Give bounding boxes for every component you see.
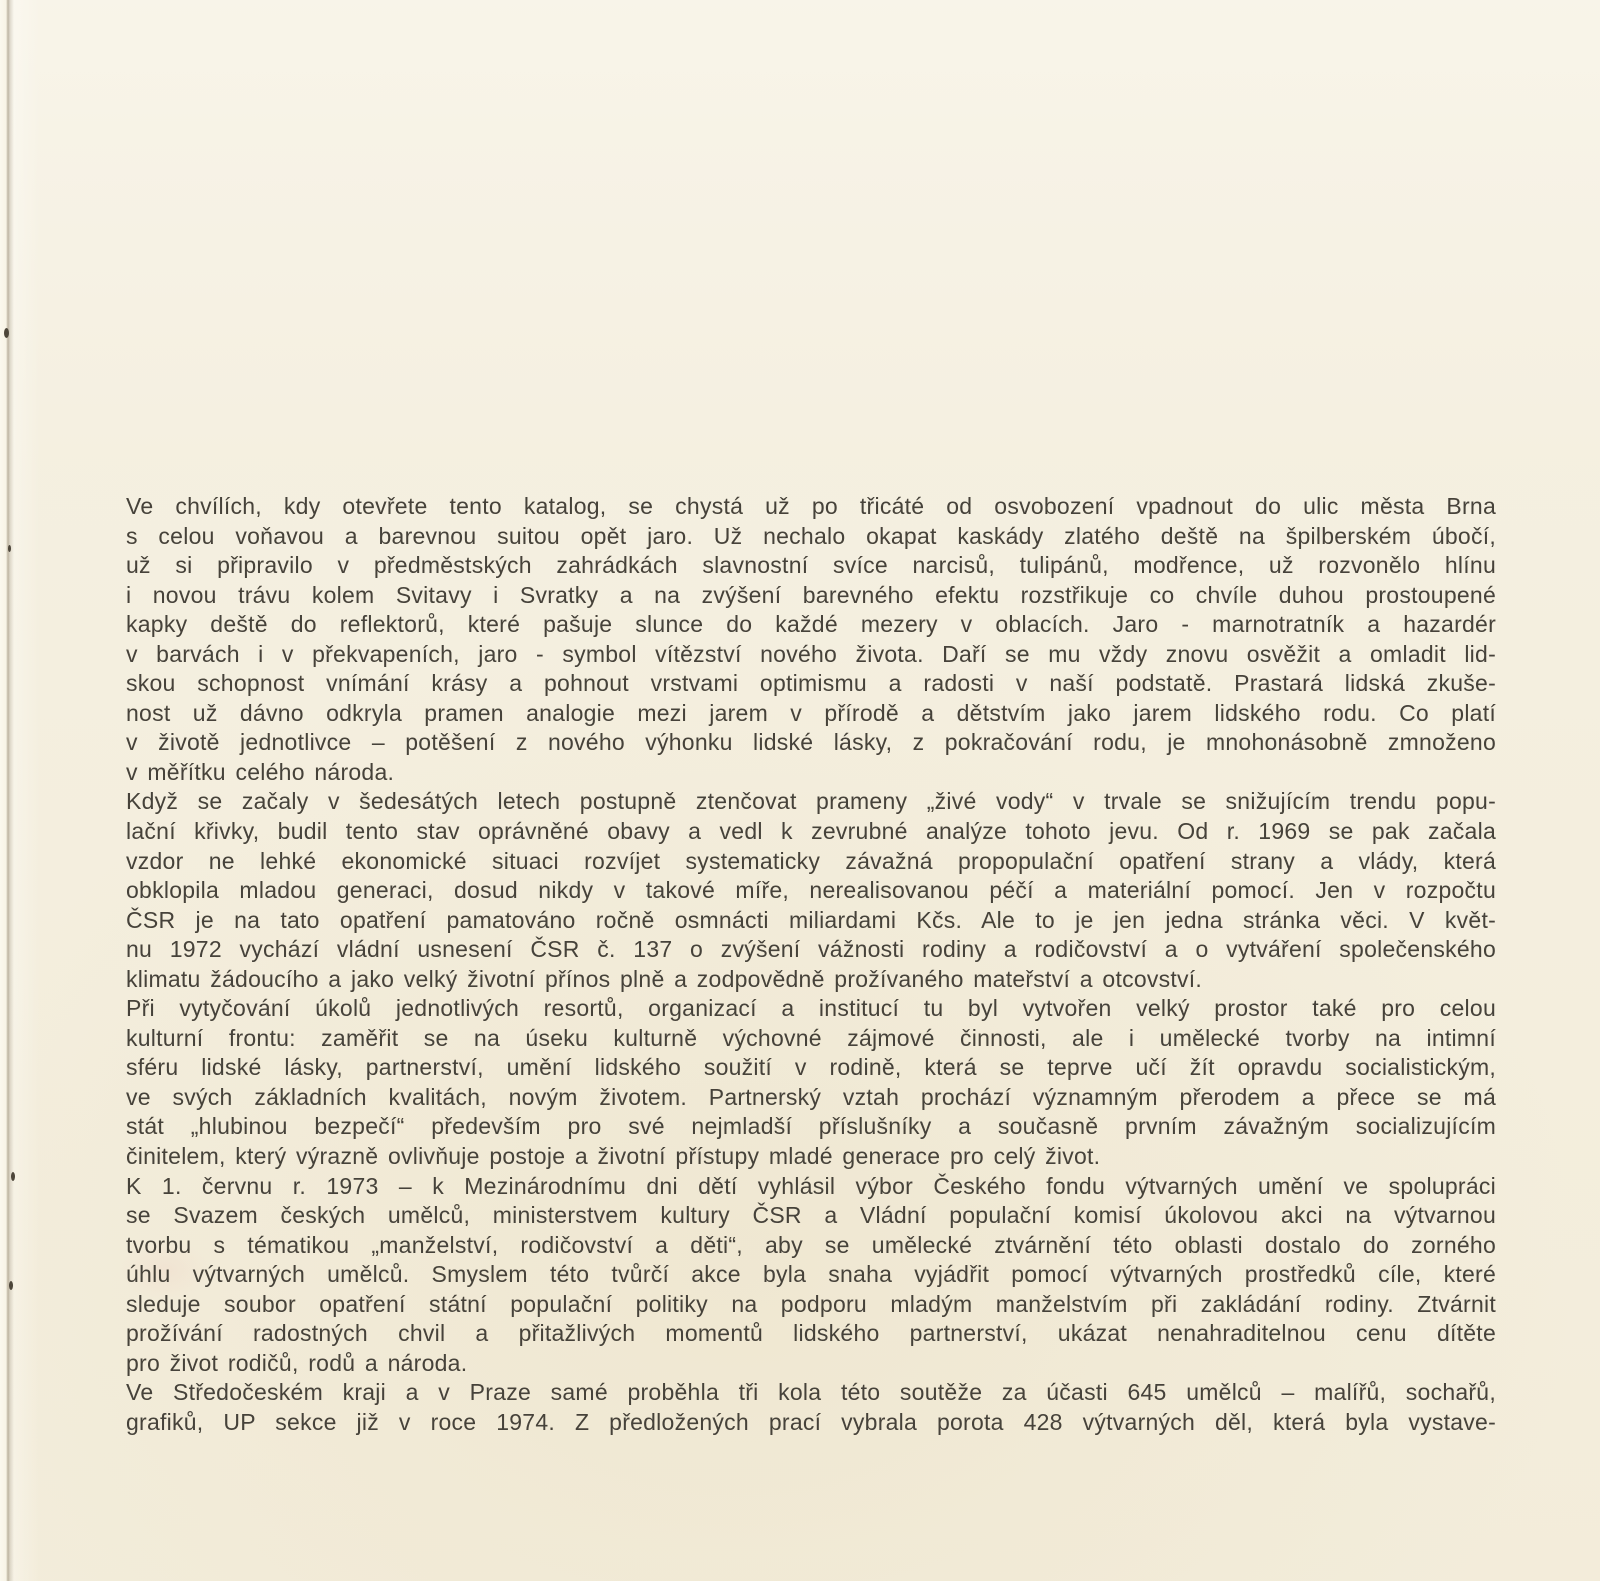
text-line: s celou voňavou a barevnou suitou opět j… [126, 522, 1496, 552]
text-line: i novou trávu kolem Svitavy i Svratky a … [126, 581, 1496, 611]
text-line: K 1. červnu r. 1973 – k Mezinárodnímu dn… [126, 1172, 1496, 1202]
spine-speck [8, 545, 11, 552]
text-line: grafiků, UP sekce již v roce 1974. Z pře… [126, 1408, 1496, 1438]
text-block: Ve chvílích, kdy otevřete tento katalog,… [126, 492, 1496, 1438]
text-line: v životě jednotlivce – potěšení z nového… [126, 728, 1496, 758]
spine-speck [11, 1172, 15, 1181]
text-line: v barvách i v překvapeních, jaro - symbo… [126, 640, 1496, 670]
spine-speck [4, 328, 9, 338]
text-line: vzdor ne lehké ekonomické situaci rozvíj… [126, 847, 1496, 877]
text-line: sféru lidské lásky, partnerství, umění l… [126, 1053, 1496, 1083]
text-line: kapky deště do reflektorů, které pašuje … [126, 610, 1496, 640]
text-line: pro život rodičů, rodů a národa. [126, 1349, 1496, 1379]
text-line: nu 1972 vychází vládní usnesení ČSR č. 1… [126, 935, 1496, 965]
paragraph: K 1. červnu r. 1973 – k Mezinárodnímu dn… [126, 1172, 1496, 1379]
paragraph: Když se začaly v šedesátých letech postu… [126, 787, 1496, 994]
text-line: tvorbu s tématikou „manželství, rodičovs… [126, 1231, 1496, 1261]
page-spine-edge [0, 0, 14, 1581]
text-line: nost už dávno odkryla pramen analogie me… [126, 699, 1496, 729]
text-line: úhlu výtvarných umělců. Smyslem této tvů… [126, 1260, 1496, 1290]
paragraph: Při vytyčování úkolů jednotlivých resort… [126, 994, 1496, 1171]
text-line: sleduje soubor opatření státní populační… [126, 1290, 1496, 1320]
text-line: už si připravilo v předměstských zahrádk… [126, 551, 1496, 581]
text-line: Ve chvílích, kdy otevřete tento katalog,… [126, 492, 1496, 522]
text-line: ČSR je na tato opatření pamatováno ročně… [126, 906, 1496, 936]
text-line: lační křivky, budil tento stav oprávněné… [126, 817, 1496, 847]
text-line: Při vytyčování úkolů jednotlivých resort… [126, 994, 1496, 1024]
text-line: činitelem, který výrazně ovlivňuje posto… [126, 1142, 1496, 1172]
text-line: Ve Středočeském kraji a v Praze samé pro… [126, 1378, 1496, 1408]
spine-speck [9, 1281, 13, 1290]
text-line: obklopila mladou generaci, dosud nikdy v… [126, 876, 1496, 906]
text-line: se Svazem českých umělců, ministerstvem … [126, 1201, 1496, 1231]
text-line: ve svých základních kvalitách, novým živ… [126, 1083, 1496, 1113]
text-line: Když se začaly v šedesátých letech postu… [126, 787, 1496, 817]
text-line: v měřítku celého národa. [126, 758, 1496, 788]
text-line: prožívání radostných chvil a přitažlivýc… [126, 1319, 1496, 1349]
text-line: kulturní frontu: zaměřit se na úseku kul… [126, 1024, 1496, 1054]
paragraph: Ve chvílích, kdy otevřete tento katalog,… [126, 492, 1496, 787]
paragraph: Ve Středočeském kraji a v Praze samé pro… [126, 1378, 1496, 1437]
text-line: skou schopnost vnímání krásy a pohnout v… [126, 669, 1496, 699]
text-line: stát „hlubinou bezpečí“ především pro sv… [126, 1112, 1496, 1142]
text-line: klimatu žádoucího a jako velký životní p… [126, 965, 1496, 995]
